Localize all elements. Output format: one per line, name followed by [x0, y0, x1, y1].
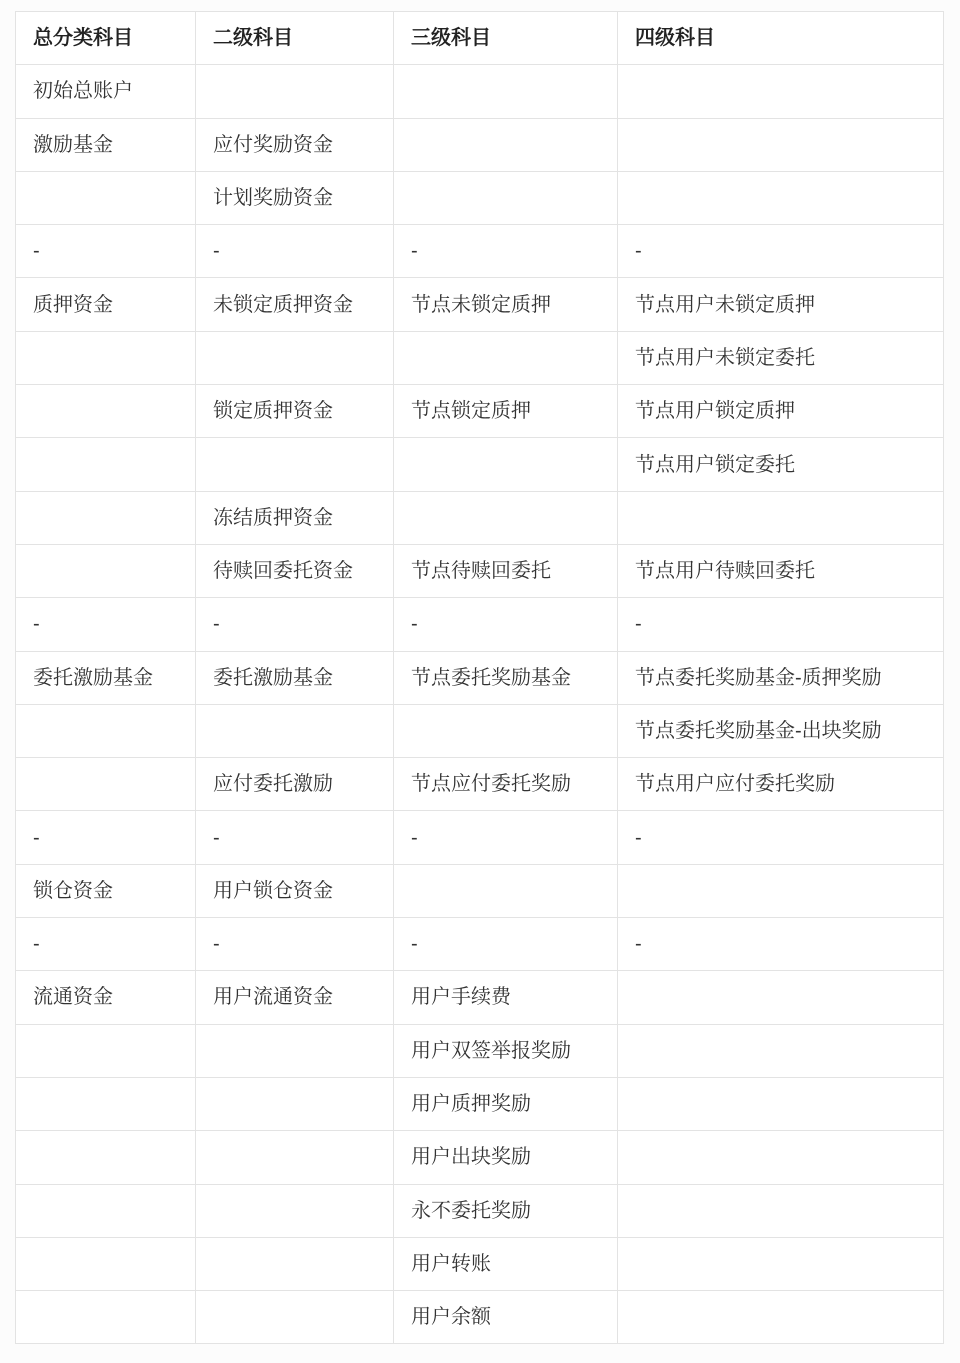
table-cell: 用户双签举报奖励 [394, 1024, 618, 1077]
table-cell: 节点用户锁定质押 [618, 385, 944, 438]
table-cell [196, 1077, 394, 1130]
table-cell: 流通资金 [16, 971, 196, 1024]
table-cell [618, 1024, 944, 1077]
table-cell: 节点委托奖励基金-质押奖励 [618, 651, 944, 704]
table-cell: 节点用户未锁定委托 [618, 331, 944, 384]
table-cell [394, 331, 618, 384]
table-cell [618, 65, 944, 118]
table-cell [16, 491, 196, 544]
table-cell [16, 1237, 196, 1290]
table-cell [196, 438, 394, 491]
table-row: 锁仓资金用户锁仓资金 [16, 864, 944, 917]
table-cell [16, 171, 196, 224]
table-row: 计划奖励资金 [16, 171, 944, 224]
table-cell: 用户质押奖励 [394, 1077, 618, 1130]
table-row: 委托激励基金委托激励基金节点委托奖励基金节点委托奖励基金-质押奖励 [16, 651, 944, 704]
table-cell: - [394, 811, 618, 864]
table-cell: 用户流通资金 [196, 971, 394, 1024]
table-cell: 节点用户应付委托奖励 [618, 758, 944, 811]
table-cell [618, 971, 944, 1024]
table-cell: - [16, 918, 196, 971]
table-cell: 用户转账 [394, 1237, 618, 1290]
table-cell [16, 385, 196, 438]
table-row: 初始总账户 [16, 65, 944, 118]
table-cell [196, 1024, 394, 1077]
table-cell [394, 438, 618, 491]
table-cell: - [618, 811, 944, 864]
table-row: 质押资金未锁定质押资金节点未锁定质押节点用户未锁定质押 [16, 278, 944, 331]
table-cell [618, 1077, 944, 1130]
accounts-table: 总分类科目 二级科目 三级科目 四级科目 初始总账户激励基金应付奖励资金计划奖励… [15, 11, 944, 1344]
table-cell: 应付委托激励 [196, 758, 394, 811]
table-cell [618, 1131, 944, 1184]
table-cell [394, 171, 618, 224]
table-row: 应付委托激励节点应付委托奖励节点用户应付委托奖励 [16, 758, 944, 811]
table-row: 用户双签举报奖励 [16, 1024, 944, 1077]
table-row: 节点用户未锁定委托 [16, 331, 944, 384]
table-row: ---- [16, 598, 944, 651]
table-cell: 节点用户锁定委托 [618, 438, 944, 491]
table-cell [16, 1291, 196, 1344]
table-cell: - [618, 598, 944, 651]
table-cell [16, 544, 196, 597]
table-row: 节点委托奖励基金-出块奖励 [16, 704, 944, 757]
table-cell: - [394, 918, 618, 971]
table-cell [16, 758, 196, 811]
table-cell: 用户手续费 [394, 971, 618, 1024]
table-cell [196, 1184, 394, 1237]
table-cell: 节点委托奖励基金-出块奖励 [618, 704, 944, 757]
table-cell [618, 171, 944, 224]
table-cell: 应付奖励资金 [196, 118, 394, 171]
table-cell [16, 1131, 196, 1184]
table-cell: 委托激励基金 [196, 651, 394, 704]
table-cell [196, 1291, 394, 1344]
table-cell: 永不委托奖励 [394, 1184, 618, 1237]
table-cell: 节点未锁定质押 [394, 278, 618, 331]
table-cell: 节点锁定质押 [394, 385, 618, 438]
table-row: ---- [16, 811, 944, 864]
table-cell [16, 1024, 196, 1077]
table-cell [394, 118, 618, 171]
table-cell [16, 331, 196, 384]
table-cell [16, 704, 196, 757]
table-cell: - [196, 811, 394, 864]
table-cell [16, 1184, 196, 1237]
accounts-table-container: 总分类科目 二级科目 三级科目 四级科目 初始总账户激励基金应付奖励资金计划奖励… [15, 11, 944, 1344]
table-cell [618, 1237, 944, 1290]
table-cell: 用户余额 [394, 1291, 618, 1344]
table-cell [196, 704, 394, 757]
table-cell [394, 491, 618, 544]
column-header-level1: 总分类科目 [16, 12, 196, 65]
table-cell [196, 331, 394, 384]
table-cell: 锁仓资金 [16, 864, 196, 917]
table-cell: - [618, 225, 944, 278]
table-row: 激励基金应付奖励资金 [16, 118, 944, 171]
table-cell: 激励基金 [16, 118, 196, 171]
table-cell: - [618, 918, 944, 971]
table-row: 待赎回委托资金节点待赎回委托节点用户待赎回委托 [16, 544, 944, 597]
table-cell: - [196, 225, 394, 278]
table-row: 锁定质押资金节点锁定质押节点用户锁定质押 [16, 385, 944, 438]
table-cell [16, 438, 196, 491]
table-row: 节点用户锁定委托 [16, 438, 944, 491]
table-cell: 委托激励基金 [16, 651, 196, 704]
table-cell: - [196, 598, 394, 651]
column-header-level3: 三级科目 [394, 12, 618, 65]
table-cell: 待赎回委托资金 [196, 544, 394, 597]
table-cell: 计划奖励资金 [196, 171, 394, 224]
table-row: 用户质押奖励 [16, 1077, 944, 1130]
table-row: 永不委托奖励 [16, 1184, 944, 1237]
table-cell: - [16, 598, 196, 651]
table-cell [618, 491, 944, 544]
table-cell [618, 1291, 944, 1344]
table-cell [196, 1131, 394, 1184]
table-body: 初始总账户激励基金应付奖励资金计划奖励资金----质押资金未锁定质押资金节点未锁… [16, 65, 944, 1344]
table-row: 用户转账 [16, 1237, 944, 1290]
column-header-level2: 二级科目 [196, 12, 394, 65]
table-cell: - [394, 225, 618, 278]
table-cell: 节点待赎回委托 [394, 544, 618, 597]
table-cell [196, 1237, 394, 1290]
table-cell: 节点用户未锁定质押 [618, 278, 944, 331]
table-row: ---- [16, 225, 944, 278]
table-cell: - [16, 811, 196, 864]
table-cell [618, 1184, 944, 1237]
table-cell: 初始总账户 [16, 65, 196, 118]
table-cell: - [16, 225, 196, 278]
table-cell [394, 65, 618, 118]
table-row: ---- [16, 918, 944, 971]
table-cell: 冻结质押资金 [196, 491, 394, 544]
column-header-level4: 四级科目 [618, 12, 944, 65]
table-cell: 节点应付委托奖励 [394, 758, 618, 811]
table-cell: 锁定质押资金 [196, 385, 394, 438]
table-cell: 节点委托奖励基金 [394, 651, 618, 704]
table-cell [394, 864, 618, 917]
table-cell [196, 65, 394, 118]
table-cell: - [196, 918, 394, 971]
table-cell [394, 704, 618, 757]
table-cell: 未锁定质押资金 [196, 278, 394, 331]
table-cell [618, 118, 944, 171]
table-row: 用户出块奖励 [16, 1131, 944, 1184]
table-cell: 用户出块奖励 [394, 1131, 618, 1184]
table-cell: 节点用户待赎回委托 [618, 544, 944, 597]
table-cell: 质押资金 [16, 278, 196, 331]
table-cell [16, 1077, 196, 1130]
table-row: 流通资金用户流通资金用户手续费 [16, 971, 944, 1024]
header-row: 总分类科目 二级科目 三级科目 四级科目 [16, 12, 944, 65]
table-row: 冻结质押资金 [16, 491, 944, 544]
table-cell [618, 864, 944, 917]
table-cell: 用户锁仓资金 [196, 864, 394, 917]
table-row: 用户余额 [16, 1291, 944, 1344]
table-cell: - [394, 598, 618, 651]
